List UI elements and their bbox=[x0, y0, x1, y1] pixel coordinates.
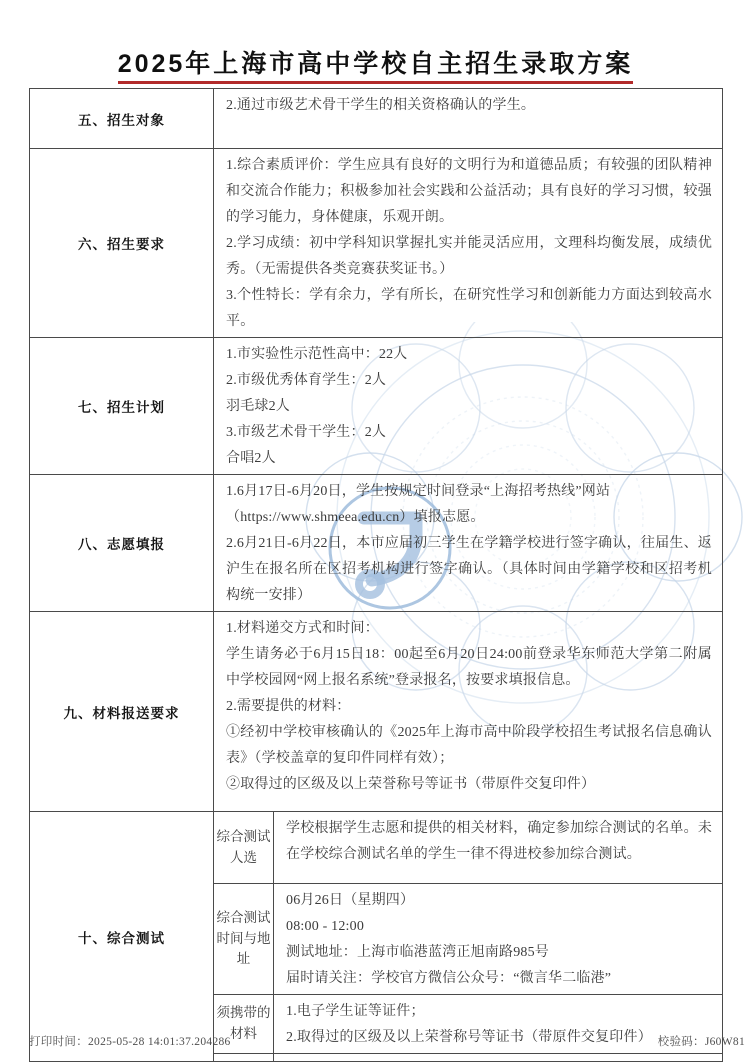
content-line: 08:00 - 12:00 bbox=[286, 914, 712, 940]
content-line: 合唱2人 bbox=[226, 446, 712, 472]
row-content-cell: 1.材料递交方式和时间： 学生请务必于6月15日18：00起至6月20日24:0… bbox=[214, 612, 723, 812]
content-line: 届时请关注：学校官方微信公众号：“微言华二临港” bbox=[286, 966, 712, 992]
content-line: 1.6月17日-6月20日，学生按规定时间登录“上海招考热线”网站 bbox=[226, 479, 712, 505]
page-title: 2025年上海市高中学校自主招生录取方案 bbox=[118, 44, 634, 84]
row-content-cell: 1.综合素质评价：学生应具有良好的文明行为和道德品质；有较强的团队精神和交流合作… bbox=[214, 149, 723, 338]
row-content-cell: 1.市实验性示范性高中：22人 2.市级优秀体育学生：2人 羽毛球2人 3.市级… bbox=[214, 338, 723, 475]
row-header-cell: 十、综合测试 bbox=[30, 812, 214, 1062]
print-time-value: 2025-05-28 14:01:37.204286 bbox=[88, 1036, 231, 1048]
checksum: 校验码：J60W81 bbox=[658, 1033, 745, 1049]
content-line: 2.6月21日-6月22日，本市应届初三学生在学籍学校进行签字确认，往届生、返沪… bbox=[226, 531, 712, 609]
admission-plan-table: 五、招生对象 2.通过市级艺术骨干学生的相关资格确认的学生。 六、招生要求 1.… bbox=[29, 88, 723, 1062]
content-line: 2.需要提供的材料： bbox=[226, 694, 712, 720]
content-line: 06月26日（星期四） bbox=[286, 888, 712, 914]
content-line: 3.个性特长：学有余力，学有所长，在研究性学习和创新能力方面达到较高水平。 bbox=[226, 283, 712, 335]
row-content-cell: 1.6月17日-6月20日，学生按规定时间登录“上海招考热线”网站 （https… bbox=[214, 475, 723, 612]
row-header-cell: 七、招生计划 bbox=[30, 338, 214, 475]
subrow-header-cell: 综合测试时间与地址 bbox=[214, 884, 274, 995]
content-line: ①经初中学校审核确认的《2025年上海市高中阶段学校招生考试报名信息确认表》（学… bbox=[226, 720, 712, 772]
row-content-cell: 2.通过市级艺术骨干学生的相关资格确认的学生。 bbox=[214, 89, 723, 149]
content-line: 测试地址：上海市临港蓝湾正旭南路985号 bbox=[286, 940, 712, 966]
content-line: （https://www.shmeea.edu.cn）填报志愿。 bbox=[226, 505, 712, 531]
content-line: 1.市实验性示范性高中：22人 bbox=[226, 342, 712, 368]
content-line: 学校根据学生志愿和提供的相关材料，确定参加综合测试的名单。未在学校综合测试名单的… bbox=[286, 816, 712, 868]
print-time: 打印时间：2025-05-28 14:01:37.204286 bbox=[29, 1033, 231, 1049]
checksum-label: 校验码： bbox=[658, 1036, 705, 1048]
content-line: 2.通过市级艺术骨干学生的相关资格确认的学生。 bbox=[226, 93, 712, 119]
row-header-cell: 五、招生对象 bbox=[30, 89, 214, 149]
row-header-cell: 六、招生要求 bbox=[30, 149, 214, 338]
content-line: 2.学习成绩：初中学科知识掌握扎实并能灵活应用，文理科均衡发展，成绩优秀。（无需… bbox=[226, 231, 712, 283]
title-bar: 2025年上海市高中学校自主招生录取方案 bbox=[0, 44, 751, 84]
table-row-enrollment-target: 五、招生对象 2.通过市级艺术骨干学生的相关资格确认的学生。 bbox=[30, 89, 723, 149]
spacer-cell bbox=[274, 1054, 723, 1062]
content-line: 1.材料递交方式和时间： bbox=[226, 616, 712, 642]
content-line: 学生请务必于6月15日18：00起至6月20日24:00前登录华东师范大学第二附… bbox=[226, 642, 712, 694]
content-line: ②取得过的区级及以上荣誉称号等证书（带原件交复印件） bbox=[226, 772, 712, 798]
content-line: 2.取得过的区级及以上荣誉称号等证书（带原件交复印件） bbox=[286, 1025, 712, 1051]
content-line: 羽毛球2人 bbox=[226, 394, 712, 420]
content-line: 3.市级艺术骨干学生：2人 bbox=[226, 420, 712, 446]
table-row-enrollment-requirements: 六、招生要求 1.综合素质评价：学生应具有良好的文明行为和道德品质；有较强的团队… bbox=[30, 149, 723, 338]
table-row-test-candidates: 十、综合测试 综合测试人选 学校根据学生志愿和提供的相关材料，确定参加综合测试的… bbox=[30, 812, 723, 884]
subrow-content-cell: 学校根据学生志愿和提供的相关材料，确定参加综合测试的名单。未在学校综合测试名单的… bbox=[274, 812, 723, 884]
row-header-cell: 九、材料报送要求 bbox=[30, 612, 214, 812]
checksum-value: J60W81 bbox=[705, 1036, 745, 1048]
table-row-enrollment-plan: 七、招生计划 1.市实验性示范性高中：22人 2.市级优秀体育学生：2人 羽毛球… bbox=[30, 338, 723, 475]
subrow-header-cell: 综合测试人选 bbox=[214, 812, 274, 884]
subrow-content-cell: 06月26日（星期四） 08:00 - 12:00 测试地址：上海市临港蓝湾正旭… bbox=[274, 884, 723, 995]
spacer-cell bbox=[214, 1054, 274, 1062]
content-line: 1.电子学生证等证件； bbox=[286, 999, 712, 1025]
subrow-content-cell: 1.电子学生证等证件； 2.取得过的区级及以上荣誉称号等证书（带原件交复印件） bbox=[274, 995, 723, 1054]
print-time-label: 打印时间： bbox=[29, 1036, 88, 1048]
table-row-material-submission: 九、材料报送要求 1.材料递交方式和时间： 学生请务必于6月15日18：00起至… bbox=[30, 612, 723, 812]
content-line: 2.市级优秀体育学生：2人 bbox=[226, 368, 712, 394]
table-row-application-filing: 八、志愿填报 1.6月17日-6月20日，学生按规定时间登录“上海招考热线”网站… bbox=[30, 475, 723, 612]
document-page: 2025年上海市高中学校自主招生录取方案 五、招生对象 2.通过市级艺术骨干学生… bbox=[0, 0, 751, 1063]
row-header-cell: 八、志愿填报 bbox=[30, 475, 214, 612]
content-line: 1.综合素质评价：学生应具有良好的文明行为和道德品质；有较强的团队精神和交流合作… bbox=[226, 153, 712, 231]
